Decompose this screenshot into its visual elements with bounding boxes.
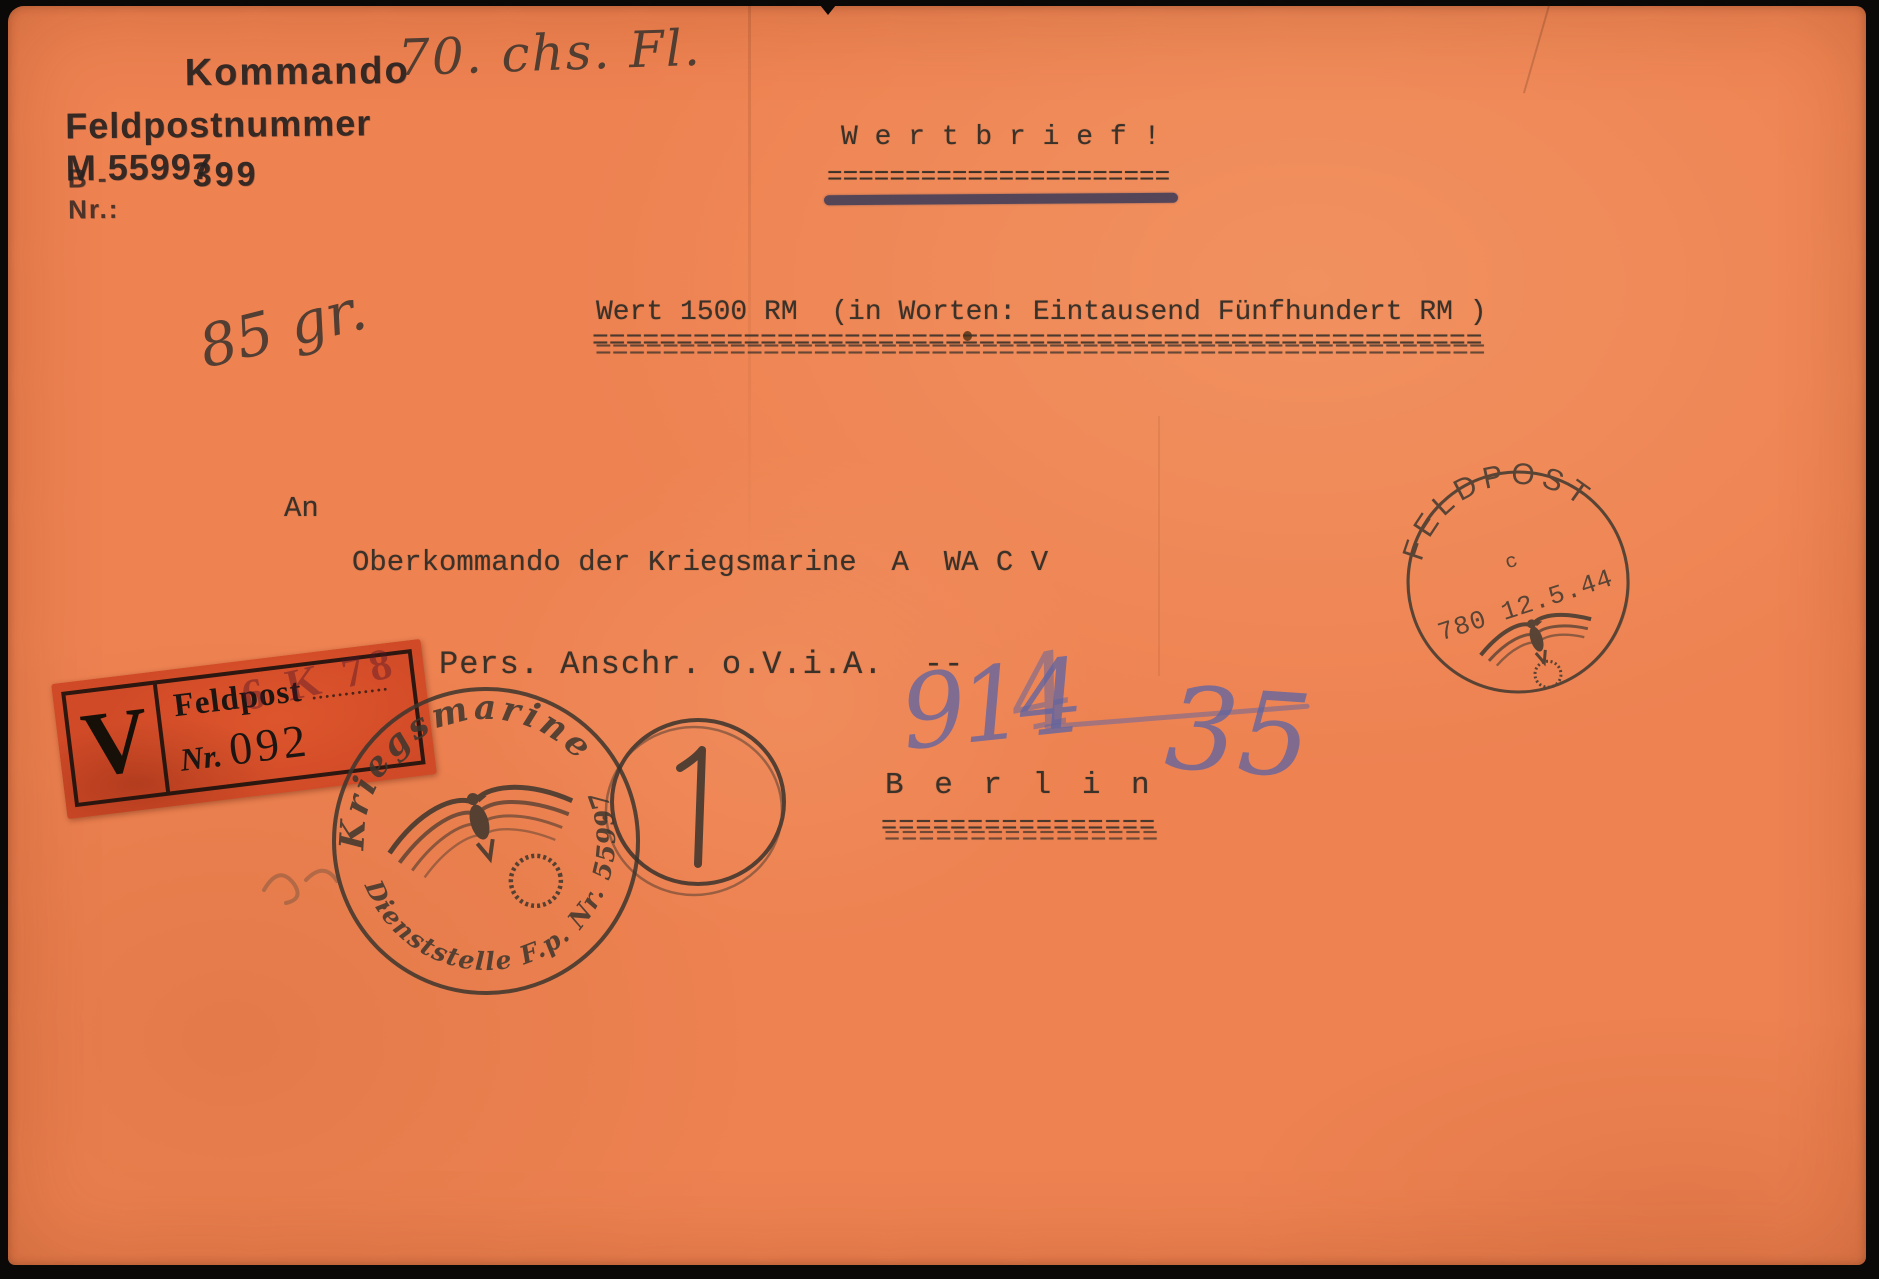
feldpost-postmark: FELDPOST c 780 12.5.44	[1390, 454, 1646, 710]
value-label-letter: V	[77, 692, 154, 791]
handwritten-number-one	[680, 750, 702, 864]
wert-value-line: Wert 1500 RM (in Worten: Eintausend Fünf…	[596, 297, 1487, 328]
value-label-nr-label: Nr.	[178, 737, 224, 778]
wert-underline-row2: ========================================…	[595, 336, 1486, 367]
fold-crease-center	[748, 6, 751, 566]
handwritten-unit-note: 70. chs. Fl.	[397, 19, 702, 88]
svg-text:FELDPOST: FELDPOST	[1390, 454, 1606, 573]
envelope: Kommando Feldpostnummer M 55997 B - Nr.:…	[8, 6, 1866, 1265]
photo-backdrop: Kommando Feldpostnummer M 55997 B - Nr.:…	[0, 0, 1879, 1279]
sender-line-kommando: Kommando	[184, 50, 409, 95]
handwritten-weight: 85 gr.	[192, 275, 373, 382]
sender-bnr-label: B - Nr.:	[68, 163, 120, 226]
address-city: B e r l i n	[885, 768, 1156, 803]
edge-tear-notch	[820, 5, 836, 15]
wreath-icon	[505, 850, 567, 912]
address-line1: Oberkommando der Kriegsmarine A WA C V	[352, 546, 1048, 579]
wreath-icon	[1532, 658, 1565, 691]
wertbrief-title: W e r t b r i e f !	[841, 122, 1160, 153]
corner-crease	[1523, 2, 1551, 94]
postmark-code-letter: c	[1502, 550, 1521, 576]
city-underline-row2: ================	[884, 823, 1159, 853]
address-an: An	[284, 492, 319, 525]
blue-underline-bar	[824, 193, 1178, 205]
circled-number-mark	[604, 712, 800, 922]
sender-bnr-value: 399	[193, 155, 259, 195]
wertbrief-underline: ======================	[827, 162, 1170, 192]
handwritten-district-number: 35	[1162, 661, 1316, 804]
circled-number-value: 1	[668, 766, 669, 767]
postmark-arc-text: FELDPOST	[1390, 454, 1606, 573]
fold-crease-right	[1158, 416, 1160, 676]
faint-pencil-squiggle	[258, 848, 358, 912]
